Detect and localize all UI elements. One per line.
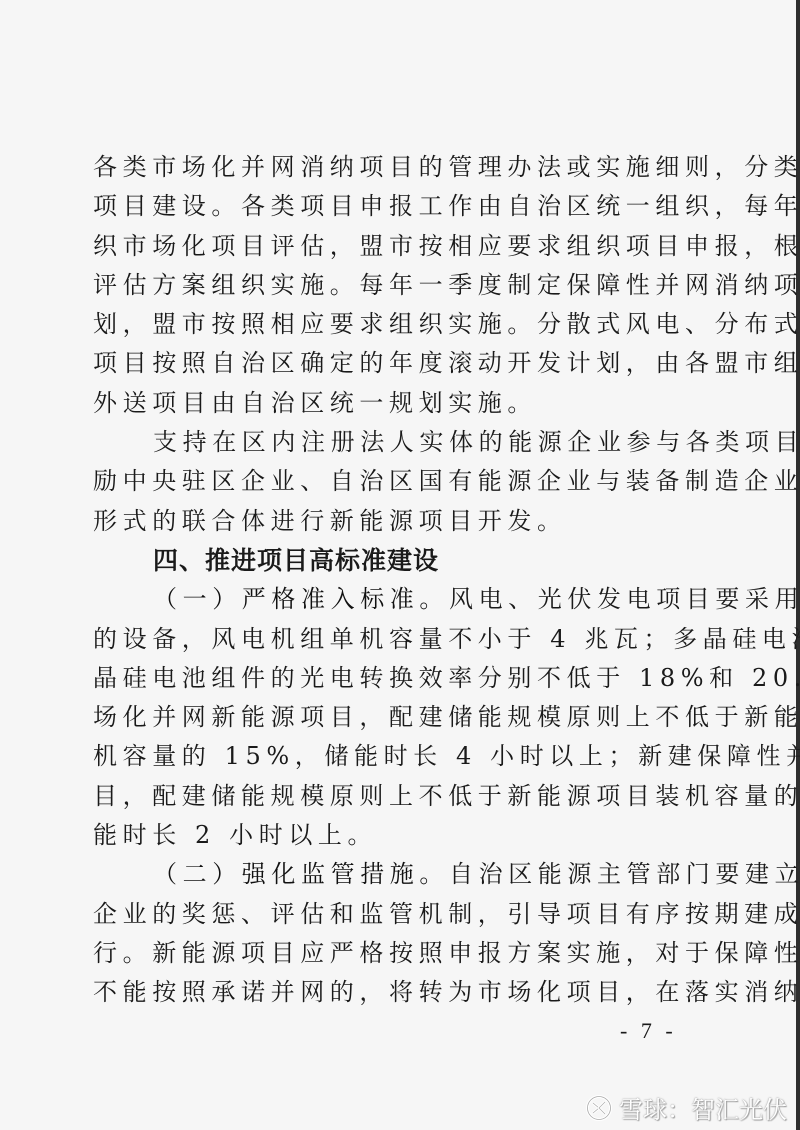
paragraph-line: 目，配建储能规模原则上不低于新能源项目装机容量的 15%，储 <box>93 777 703 816</box>
paragraph-line: 支持在区内注册法人实体的能源企业参与各类项目建设，鼓 <box>93 423 703 462</box>
paragraph-line: 项目按照自治区确定的年度滚动开发计划，由各盟市组织实施。 <box>93 344 703 383</box>
subsection-1-first-line-text: 风电、光伏发电项目要采用先进高效 <box>449 585 800 613</box>
paragraph-line: 行。新能源项目应严格按照申报方案实施，对于保障性并网项目 <box>93 934 703 973</box>
paragraph-line: 形式的联合体进行新能源项目开发。 <box>93 502 703 541</box>
subsection-2-first-line-text: 自治区能源主管部门要建立对盟市和 <box>449 860 800 888</box>
paragraph-line: 机容量的 15%，储能时长 4 小时以上；新建保障性并网新能源项 <box>93 737 703 776</box>
paragraph-line: 企业的奖惩、评估和监管机制，引导项目有序按期建成并良好运 <box>93 895 703 934</box>
section-heading: 四、推进项目高标准建设 <box>93 541 703 580</box>
paragraph-line: 划，盟市按照相应要求组织实施。分散式风电、分布式光伏发电 <box>93 305 703 344</box>
paragraph-line: 各类市场化并网消纳项目的管理办法或实施细则，分类有序推进 <box>93 148 703 187</box>
paragraph-line: 场化并网新能源项目，配建储能规模原则上不低于新能源项目装 <box>93 698 703 737</box>
paragraph-line: 织市场化项目评估，盟市按相应要求组织项目申报，根据自治区 <box>93 227 703 266</box>
subsection-1-first-line: （一）严格准入标准。风电、光伏发电项目要采用先进高效 <box>93 580 703 619</box>
xueqiu-logo-icon <box>585 1094 613 1122</box>
page-number: - 7 - <box>620 1018 677 1044</box>
paragraph-line: 外送项目由自治区统一规划实施。 <box>93 384 703 423</box>
paragraph-line: 不能按照承诺并网的，将转为市场化项目，在落实消纳和调峰的 <box>93 973 703 1012</box>
subsection-2-lead: （二）强化监管措施。 <box>153 860 449 888</box>
paragraph-line: 评估方案组织实施。每年一季度制定保障性并网消纳项目开发计 <box>93 266 703 305</box>
subsection-2-first-line: （二）强化监管措施。自治区能源主管部门要建立对盟市和 <box>93 855 703 894</box>
subsection-1-lead: （一）严格准入标准。 <box>153 585 449 613</box>
paragraph-line: 晶硅电池组件的光电转换效率分别不低于 18%和 20.5%。新建市 <box>93 659 703 698</box>
watermark-text: 雪球：智汇光伏 <box>619 1090 787 1125</box>
paragraph-line: 励中央驻区企业、自治区国有能源企业与装备制造企业组成多种 <box>93 462 703 501</box>
paragraph-line: 项目建设。各类项目申报工作由自治区统一组织，每年四季度组 <box>93 187 703 226</box>
paragraph-line: 的设备，风电机组单机容量不小于 4 兆瓦；多晶硅电池组件和单 <box>93 620 703 659</box>
document-body: 各类市场化并网消纳项目的管理办法或实施细则，分类有序推进 项目建设。各类项目申报… <box>93 148 703 1013</box>
watermark: 雪球：智汇光伏 <box>585 1090 787 1125</box>
paragraph-line: 能时长 2 小时以上。 <box>93 816 703 855</box>
